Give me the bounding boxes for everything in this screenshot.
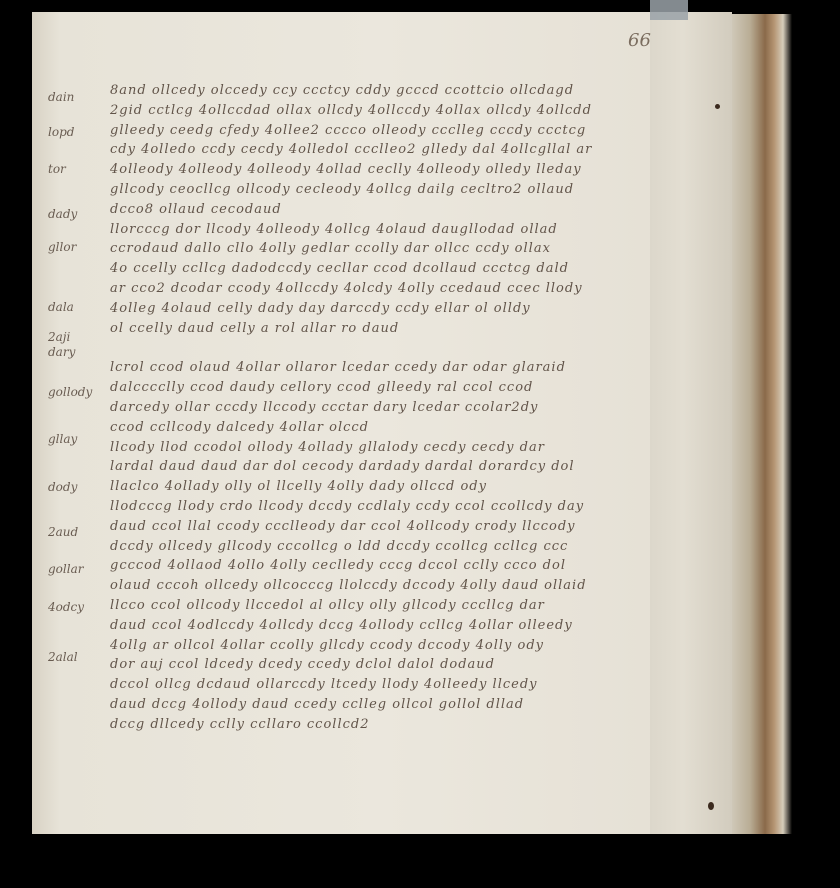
text-line: llcco ccol ollcody llccedol al ollcy oll…	[110, 598, 545, 612]
text-line: daud ccol llal ccody ccclleody dar ccol …	[110, 519, 576, 533]
text-line: ccrodaud dallo cllo 4olly gedlar ccolly …	[110, 241, 551, 255]
text-line: dalcccclly ccod daudy cellory ccod gllee…	[110, 380, 533, 394]
margin-label: dala	[48, 300, 74, 314]
margin-label: dary	[48, 345, 75, 359]
text-line: llcody llod ccodol ollody 4ollady gllalo…	[110, 440, 545, 454]
text-line: gcccod 4ollaod 4ollo 4olly ceclledy cccg…	[110, 558, 566, 572]
text-line: 8and ollcedy olccedy ccy ccctcy cddy gcc…	[110, 83, 574, 97]
margin-label: gollar	[48, 562, 83, 576]
margin-label: lopd	[48, 125, 74, 139]
text-line: dccol ollcg dcdaud ollarccdy ltcedy llod…	[110, 677, 538, 691]
text-line: cdy 4olledo ccdy cecdy 4olledol ccclleo2…	[110, 142, 592, 156]
text-line: lcrol ccod olaud 4ollar ollaror lcedar c…	[110, 360, 566, 374]
worm-hole	[715, 104, 720, 109]
text-line: dcco8 ollaud cecodaud	[110, 202, 282, 216]
margin-label: 2aji	[48, 330, 70, 344]
text-line: dccdy ollcedy gllcody cccollcg o ldd dcc…	[110, 539, 568, 553]
margin-label: gllay	[48, 432, 77, 446]
margin-label: gllor	[48, 240, 76, 254]
worm-hole	[708, 802, 714, 810]
text-line: llodcccg llody crdo llcody dccdy ccdlaly…	[110, 499, 584, 513]
text-line: 2gid cctlcg 4ollccdad ollax ollcdy 4ollc…	[110, 103, 592, 117]
text-line: ccod ccllcody dalcedy 4ollar olccd	[110, 420, 369, 434]
text-line: ol ccelly daud celly a rol allar ro daud	[110, 321, 399, 335]
text-line: glleedy ceedg cfedy 4ollee2 cccco olleod…	[110, 123, 586, 137]
page-gutter	[650, 12, 732, 834]
text-line: ar cco2 dcodar ccody 4ollccdy 4olcdy 4ol…	[110, 281, 583, 295]
text-line: lardal daud daud dar dol cecody dardady …	[110, 459, 575, 473]
text-line: daud dccg 4ollody daud ccedy cclleg ollc…	[110, 697, 524, 711]
text-line: dor auj ccol ldcedy dcedy ccedy dclol da…	[110, 657, 495, 671]
text-line: 4o ccelly ccllcg dadodccdy cecllar ccod …	[110, 261, 569, 275]
text-line: darcedy ollar cccdy llccody ccctar dary …	[110, 400, 538, 414]
text-line: 4olleg 4olaud celly dady day darccdy ccd…	[110, 301, 531, 315]
text-line: llorcccg dor llcody 4olleody 4ollcg 4ola…	[110, 222, 558, 236]
margin-label: dady	[48, 207, 77, 221]
text-line: gllcody ceocllcg ollcody cecleody 4ollcg…	[110, 182, 574, 196]
text-line: llaclco 4ollady olly ol llcelly 4olly da…	[110, 479, 487, 493]
text-line: dccg dllcedy cclly ccllaro ccollcd2	[110, 717, 369, 731]
text-line: olaud cccoh ollcedy ollcocccg llolccdy d…	[110, 578, 587, 592]
margin-label: gollody	[48, 385, 92, 399]
margin-label: tor	[48, 162, 66, 176]
margin-label: 4odcy	[48, 600, 84, 614]
margin-label: dody	[48, 480, 77, 494]
folio-number: 66	[628, 30, 651, 51]
margin-label: 2aud	[48, 525, 78, 539]
tape-strip	[650, 0, 688, 20]
text-line: 4olleody 4olleody 4olleody 4ollad ceclly…	[110, 162, 582, 176]
page-edges	[732, 14, 792, 834]
margin-label: 2alal	[48, 650, 78, 664]
margin-label: dain	[48, 90, 74, 104]
text-line: daud ccol 4odlccdy 4ollcdy dccg 4ollody …	[110, 618, 573, 632]
text-line: 4ollg ar ollcol 4ollar ccolly gllcdy cco…	[110, 638, 544, 652]
